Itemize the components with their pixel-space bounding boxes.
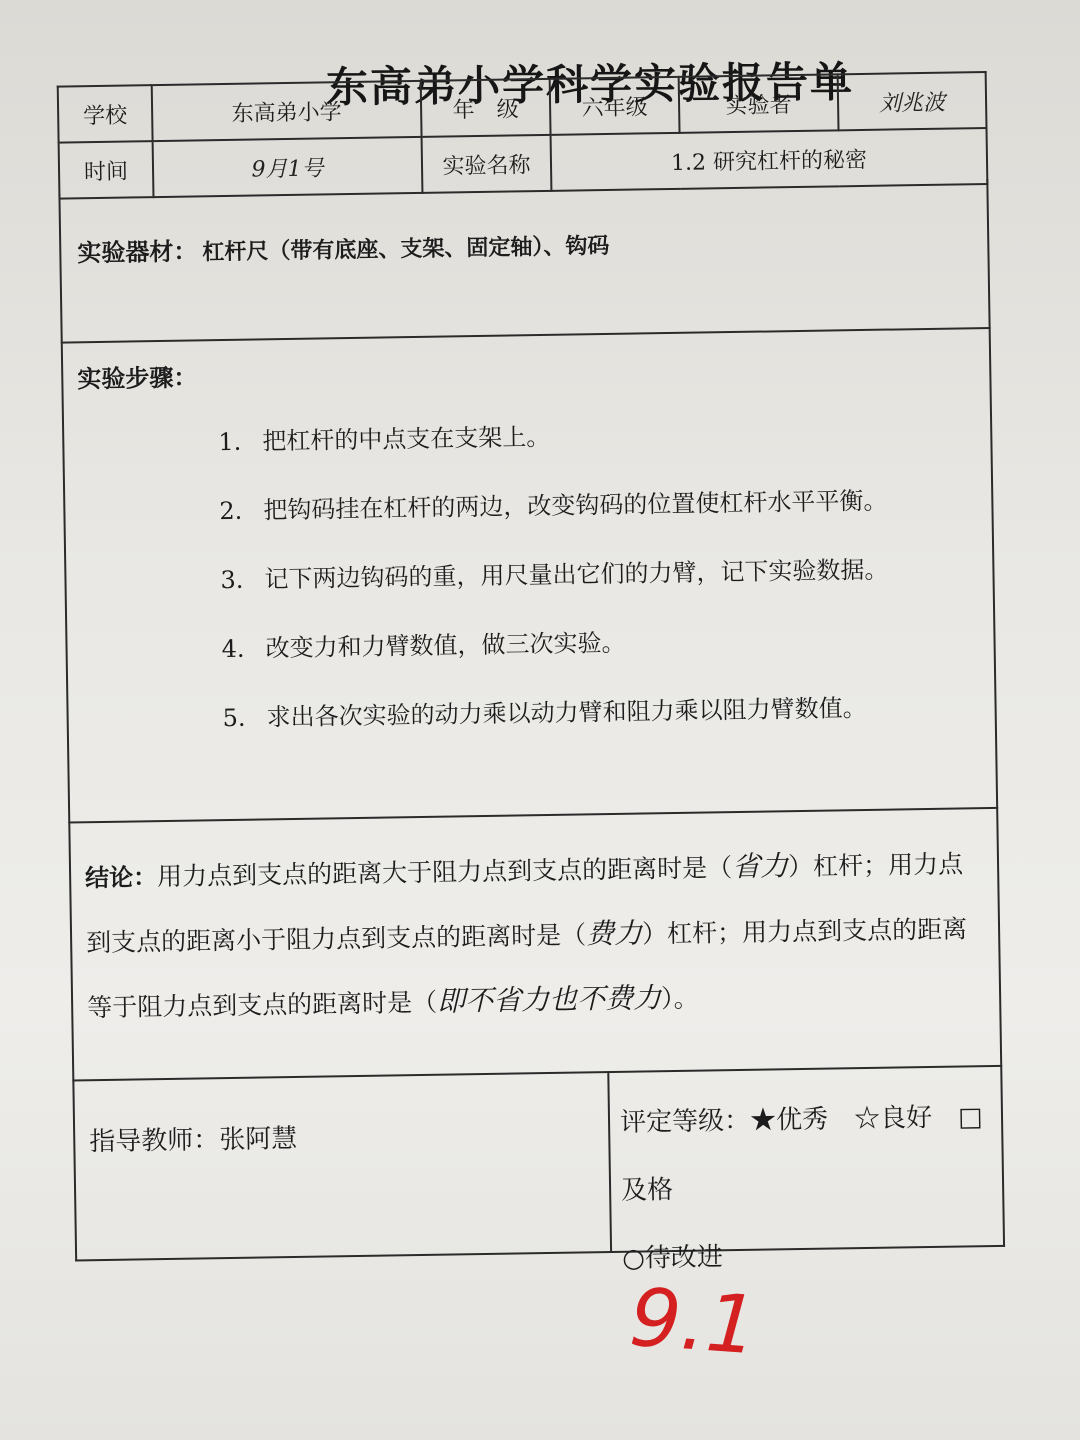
grade-cell: 评定等级：★优秀☆良好□及格 ○待改进 bbox=[609, 1067, 1003, 1251]
grade-option-excellent[interactable]: ★优秀 bbox=[750, 1105, 828, 1136]
step-item: 1.把杠杆的中点支在支架上。 bbox=[218, 410, 976, 457]
grade-option-improve[interactable]: ○待改进 bbox=[622, 1242, 723, 1274]
materials-section: 实验器材： 杠杆尺（带有底座、支架、固定轴）、钩码 bbox=[58, 179, 990, 344]
experimenter-label: 实验者 bbox=[679, 74, 839, 132]
report-form: 学校 东高弟小学 年 级 六年级 实验者 刘兆波 时间 9月1号 实验名称 1.… bbox=[57, 71, 1036, 1276]
experimenter-value: 刘兆波 bbox=[838, 72, 987, 130]
footer-section: 指导教师：张阿慧 评定等级：★优秀☆良好□及格 ○待改进 bbox=[72, 1067, 1005, 1262]
conclusion-section: 结论：用力点到支点的距离大于阻力点到支点的距离时是（省力）杠杆；用力点到支点的距… bbox=[68, 809, 1002, 1082]
steps-list: 1.把杠杆的中点支在支架上。 2.把钩码挂在杠杆的两边，改变钩码的位置使杠杆水平… bbox=[218, 410, 981, 733]
time-label: 时间 bbox=[59, 141, 154, 198]
grade-label: 年 级 bbox=[421, 79, 551, 137]
conclusion-label: 结论： bbox=[85, 862, 157, 892]
step-item: 4.改变力和力臂数值，做三次实验。 bbox=[221, 617, 979, 664]
school-label: 学校 bbox=[58, 85, 153, 142]
grade-value: 六年级 bbox=[550, 77, 680, 135]
teacher-cell: 指导教师：张阿慧 bbox=[74, 1073, 612, 1259]
materials-label: 实验器材： bbox=[77, 236, 197, 267]
school-value: 东高弟小学 bbox=[152, 81, 422, 141]
handwritten-answer-3: 即不省力也不费力 bbox=[437, 981, 662, 1018]
grade-label: 评定等级： bbox=[620, 1106, 750, 1138]
step-item: 3.记下两边钩码的重，用尺量出它们的力臂，记下实验数据。 bbox=[220, 548, 978, 595]
teacher-label: 指导教师： bbox=[89, 1125, 219, 1157]
teacher-name: 张阿慧 bbox=[219, 1124, 297, 1155]
report-sheet: 东高弟小学科学实验报告单 学校 东高弟小学 年 级 六年级 实验者 刘兆波 时间… bbox=[0, 0, 1080, 1440]
exp-name-label: 实验名称 bbox=[422, 135, 552, 193]
handwritten-answer-1: 省力 bbox=[732, 849, 789, 883]
score-mark: 9.1 bbox=[627, 1271, 760, 1373]
grade-option-good[interactable]: ☆良好 bbox=[854, 1103, 932, 1134]
steps-label: 实验步骤： bbox=[77, 345, 975, 394]
handwritten-answer-2: 费力 bbox=[586, 917, 643, 951]
step-item: 2.把钩码挂在杠杆的两边，改变钩码的位置使杠杆水平平衡。 bbox=[219, 479, 977, 526]
materials-value: 杠杆尺（带有底座、支架、固定轴）、钩码 bbox=[202, 233, 609, 265]
step-item: 5.求出各次实验的动力乘以动力臂和阻力乘以阻力臂数值。 bbox=[222, 686, 980, 733]
steps-section: 实验步骤： 1.把杠杆的中点支在支架上。 2.把钩码挂在杠杆的两边，改变钩码的位… bbox=[61, 329, 998, 824]
